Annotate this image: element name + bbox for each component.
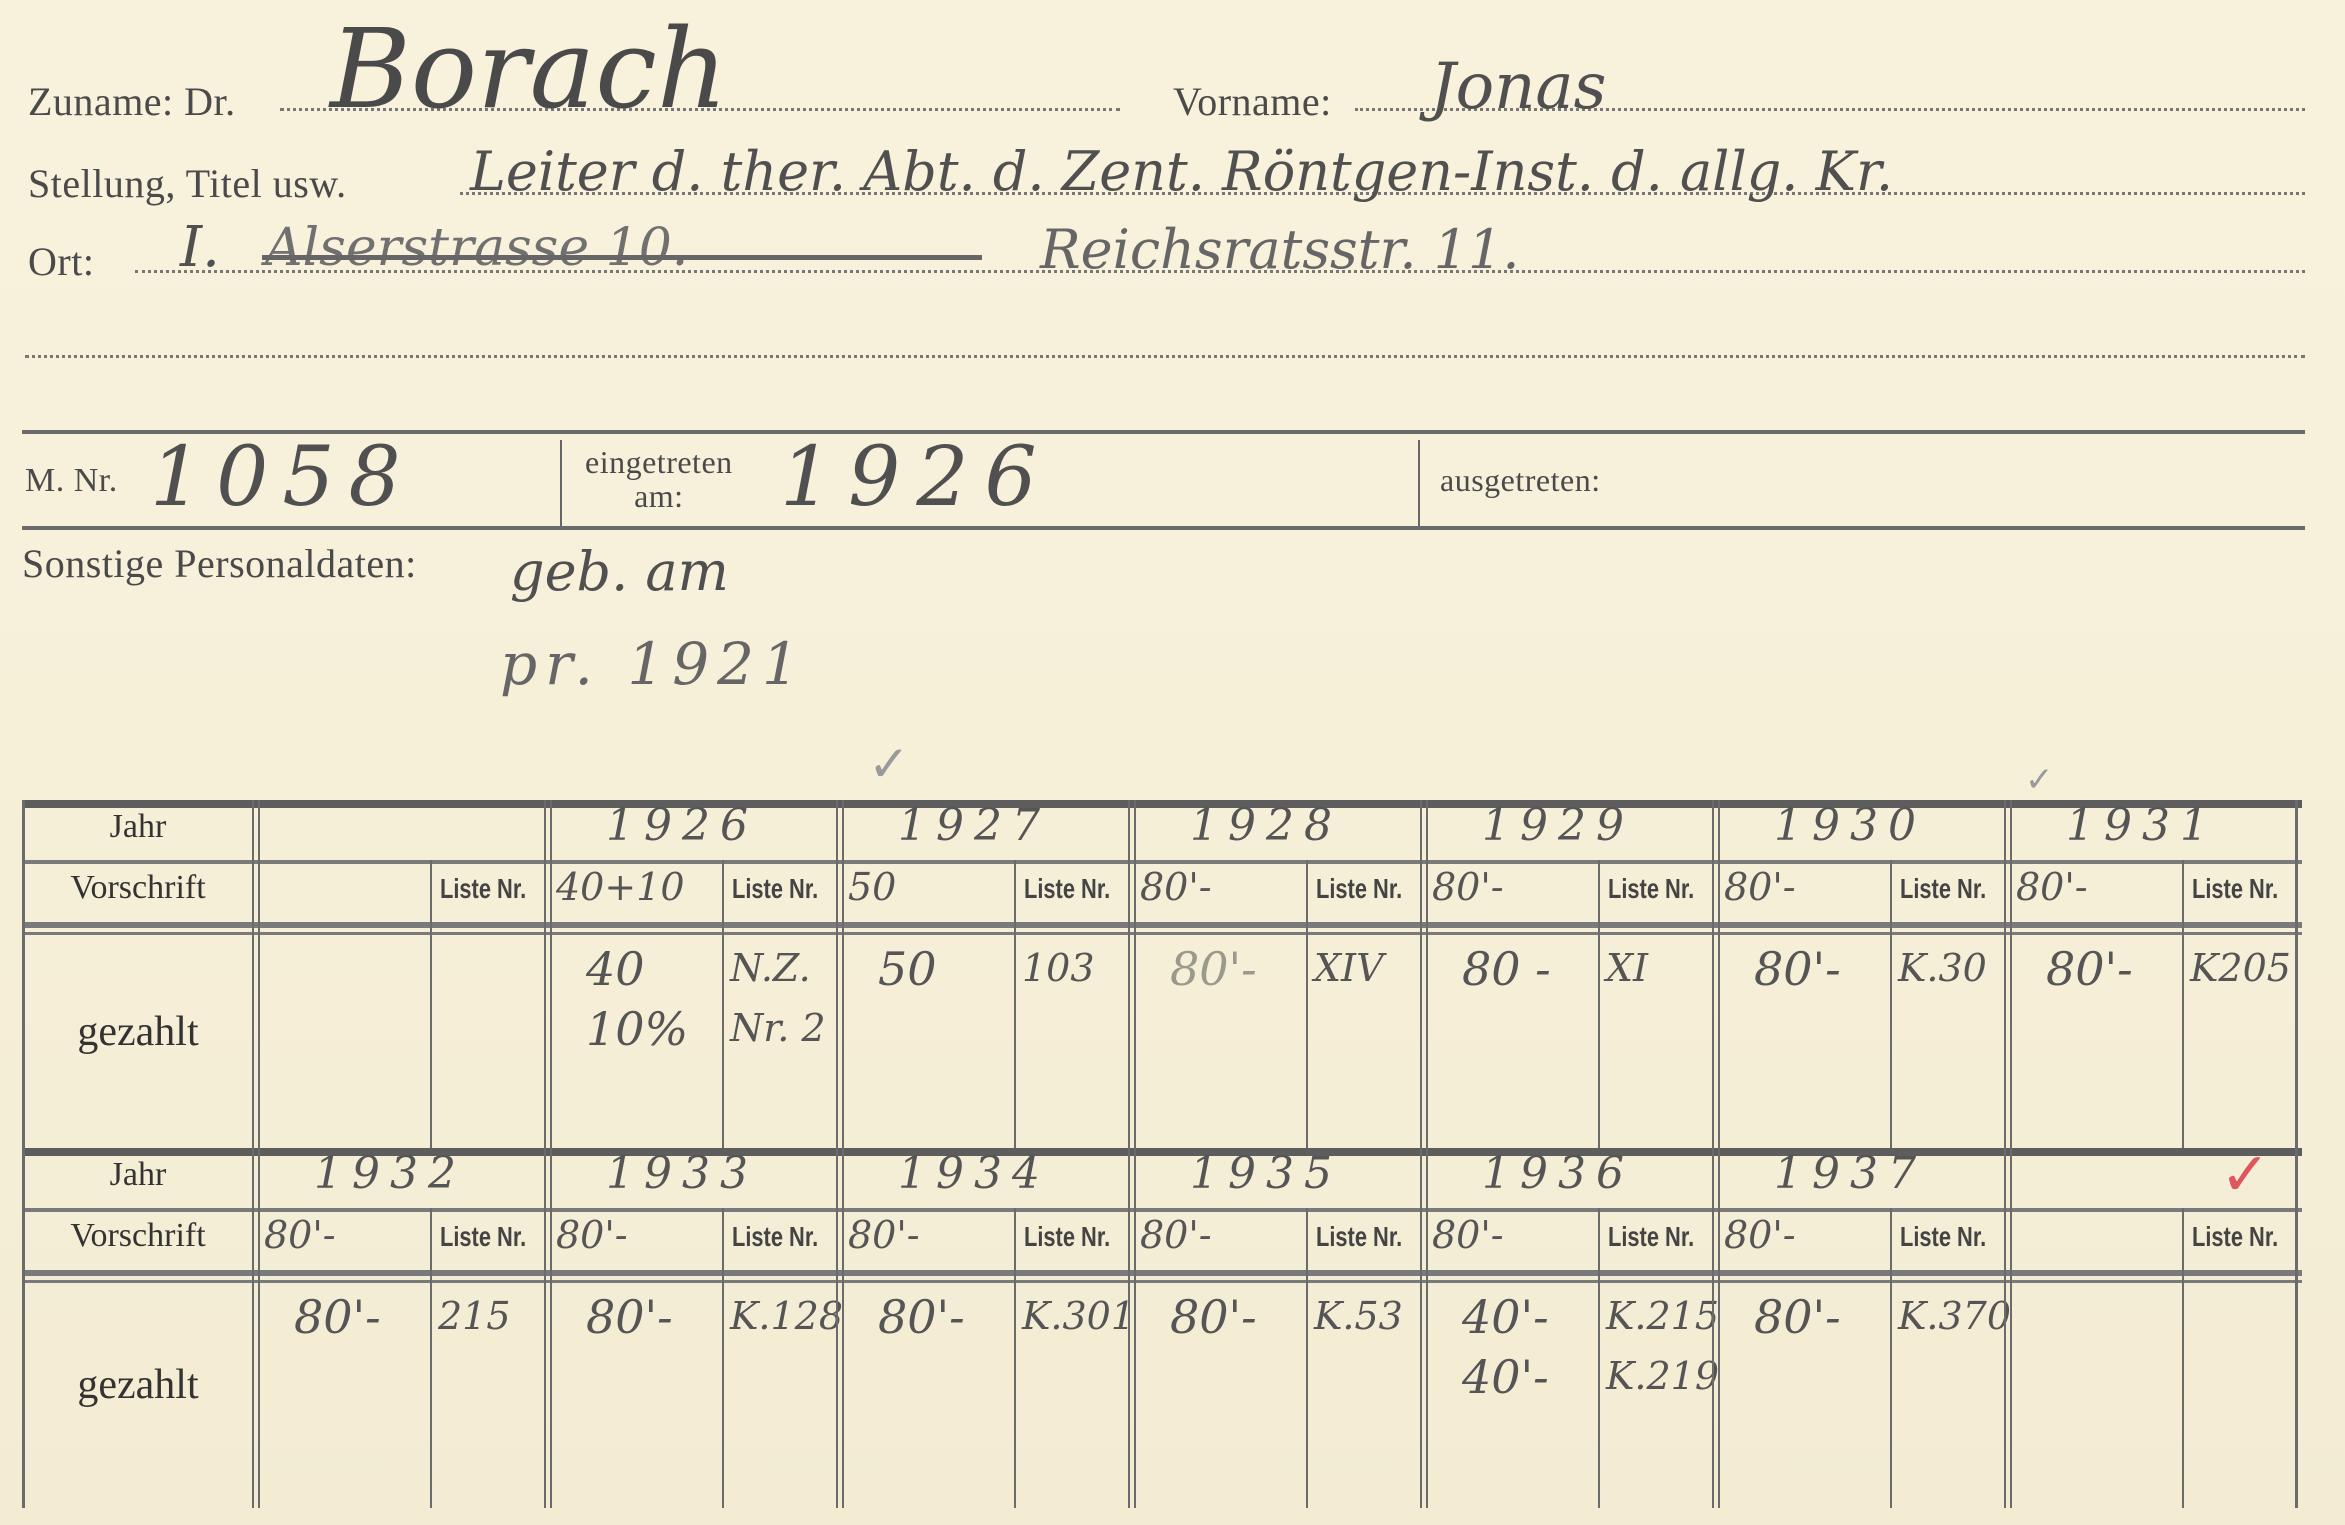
year-cell: 1932 xyxy=(314,1148,466,1199)
column-divider xyxy=(836,1148,844,1508)
column-divider xyxy=(1128,1148,1136,1508)
mnr-divider-1 xyxy=(560,440,562,526)
year-cell: 1930 xyxy=(1774,800,1926,851)
year-cell: 1936 xyxy=(1482,1148,1634,1199)
mnr-label: M. Nr. xyxy=(25,462,118,500)
liste-divider xyxy=(722,860,724,1150)
table-rule-vorschrift-2 xyxy=(22,932,2302,935)
vorschrift-cell: 80'- xyxy=(1724,865,1796,909)
gezahlt-liste-nr: K.215 xyxy=(1606,1294,1719,1338)
column-divider xyxy=(1712,800,1720,1150)
check-mark-icon: ✓ xyxy=(2025,760,2054,800)
eingetreten-label: eingetreten am: xyxy=(585,445,733,513)
ort-prefix: I. xyxy=(180,215,220,280)
liste-divider xyxy=(430,1208,432,1508)
row-label-vorschrift: Vorschrift xyxy=(22,869,254,907)
liste-nr-header: Liste Nr. xyxy=(440,873,526,905)
row-label-jahr: Jahr xyxy=(22,1156,254,1194)
year-cell: 1931 xyxy=(2066,800,2218,851)
ausgetreten-label: ausgetreten: xyxy=(1440,462,1601,499)
vorschrift-cell: 80'- xyxy=(2016,865,2088,909)
table-rule-vorschrift xyxy=(22,922,2302,928)
table-border-left xyxy=(22,1148,25,1508)
column-divider xyxy=(836,800,844,1150)
mnr-bottom-rule xyxy=(22,526,2305,530)
gezahlt-liste-nr: N.Z. xyxy=(730,946,811,990)
liste-divider xyxy=(1598,860,1600,1150)
vorname-label: Vorname: xyxy=(1173,78,1332,125)
gezahlt-amount: 80'- xyxy=(1170,1290,1257,1344)
liste-nr-header: Liste Nr. xyxy=(440,1221,526,1253)
gezahlt-amount: 80'- xyxy=(2046,942,2133,996)
table-border-right xyxy=(2295,1148,2298,1508)
liste-divider xyxy=(1890,1208,1892,1508)
vorschrift-cell: 80'- xyxy=(1140,1213,1212,1257)
vorschrift-cell: 80'- xyxy=(264,1213,336,1257)
liste-nr-header: Liste Nr. xyxy=(732,1221,818,1253)
gezahlt-amount: 80 - xyxy=(1462,942,1551,996)
liste-nr-header: Liste Nr. xyxy=(2192,873,2278,905)
vorschrift-cell: 80'- xyxy=(556,1213,628,1257)
gezahlt-liste-nr: 103 xyxy=(1022,946,1095,990)
sonstige-label: Sonstige Personaldaten: xyxy=(22,540,417,587)
liste-nr-header: Liste Nr. xyxy=(1900,873,1986,905)
strikethrough-line xyxy=(262,255,982,260)
vorschrift-cell: 80'- xyxy=(1432,865,1504,909)
liste-nr-header: Liste Nr. xyxy=(1608,873,1694,905)
table-border-right xyxy=(2295,800,2298,1150)
table-rule-vorschrift xyxy=(22,1270,2302,1276)
eingetreten-label-line2: am: xyxy=(585,479,733,513)
gezahlt-liste-nr: K.301 xyxy=(1022,1294,1135,1338)
vorschrift-cell: 80'- xyxy=(1724,1213,1796,1257)
ort-label: Ort: xyxy=(28,238,94,285)
liste-divider xyxy=(1014,1208,1016,1508)
liste-divider xyxy=(1014,860,1016,1150)
payment-table-top: JahrVorschriftgezahltListe Nr.192640+10L… xyxy=(22,800,2302,1152)
table-rule-jahr xyxy=(22,1208,2302,1212)
liste-nr-header: Liste Nr. xyxy=(1316,873,1402,905)
liste-nr-header: Liste Nr. xyxy=(1608,1221,1694,1253)
column-divider xyxy=(1420,800,1428,1150)
liste-divider xyxy=(2182,860,2184,1150)
gezahlt-liste-nr: K.219 xyxy=(1606,1354,1719,1398)
row-label-jahr: Jahr xyxy=(22,808,254,846)
blank-dotted-line xyxy=(25,355,2305,358)
gezahlt-amount: 40 xyxy=(586,942,645,996)
zuname-label: Zuname: Dr. xyxy=(28,78,236,125)
gezahlt-liste-nr: K.128 xyxy=(730,1294,843,1338)
row-label-gezahlt: gezahlt xyxy=(22,1008,254,1056)
liste-nr-header: Liste Nr. xyxy=(1316,1221,1402,1253)
gezahlt-amount: 40'- xyxy=(1462,1350,1549,1404)
year-cell: 1933 xyxy=(606,1148,758,1199)
year-cell: 1934 xyxy=(898,1148,1050,1199)
year-cell: 1935 xyxy=(1190,1148,1342,1199)
gezahlt-amount: 80'- xyxy=(878,1290,965,1344)
table-top-rule xyxy=(22,800,2302,808)
year-cell: 1928 xyxy=(1190,800,1342,851)
liste-divider xyxy=(430,860,432,1150)
gezahlt-liste-nr: XI xyxy=(1606,946,1648,990)
table-rule-jahr xyxy=(22,860,2302,864)
gezahlt-liste-nr: K.30 xyxy=(1898,946,1987,990)
red-check-mark-icon: ✓ xyxy=(2220,1140,2270,1210)
column-divider xyxy=(2004,1148,2012,1508)
eingetreten-value: 1926 xyxy=(780,430,1053,525)
column-divider xyxy=(252,800,260,1150)
check-mark-icon: ✓ xyxy=(868,735,910,793)
vorschrift-cell: 80'- xyxy=(848,1213,920,1257)
liste-nr-header: Liste Nr. xyxy=(1900,1221,1986,1253)
liste-divider xyxy=(2182,1208,2184,1508)
liste-nr-header: Liste Nr. xyxy=(1024,1221,1110,1253)
liste-nr-header: Liste Nr. xyxy=(1024,873,1110,905)
gezahlt-liste-nr: 215 xyxy=(438,1294,511,1338)
liste-divider xyxy=(1306,1208,1308,1508)
vorschrift-cell: 40+10 xyxy=(556,865,685,909)
table-rule-vorschrift-2 xyxy=(22,1280,2302,1283)
liste-nr-header: Liste Nr. xyxy=(732,873,818,905)
gezahlt-liste-nr: K.53 xyxy=(1314,1294,1403,1338)
gezahlt-liste-nr: Nr. 2 xyxy=(730,1006,826,1050)
vorschrift-cell: 50 xyxy=(848,865,896,909)
stellung-value: Leiter d. ther. Abt. d. Zent. Röntgen-In… xyxy=(470,140,1893,203)
gezahlt-liste-nr: K.370 xyxy=(1898,1294,2011,1338)
liste-nr-header: Liste Nr. xyxy=(2192,1221,2278,1253)
vorschrift-cell: 80'- xyxy=(1140,865,1212,909)
year-cell: 1937 xyxy=(1774,1148,1926,1199)
mnr-divider-2 xyxy=(1418,440,1420,526)
column-divider xyxy=(2004,800,2012,1150)
liste-divider xyxy=(1890,860,1892,1150)
sonstige-line1: geb. am xyxy=(510,540,729,603)
year-cell: 1927 xyxy=(898,800,1050,851)
column-divider xyxy=(1420,1148,1428,1508)
column-divider xyxy=(1712,1148,1720,1508)
gezahlt-amount: 80'- xyxy=(1170,942,1257,996)
mnr-value: 1058 xyxy=(150,430,415,525)
year-cell: 1929 xyxy=(1482,800,1634,851)
gezahlt-liste-nr: XIV xyxy=(1314,946,1384,990)
liste-divider xyxy=(722,1208,724,1508)
vorname-value: Jonas xyxy=(1430,50,1606,124)
table-border-left xyxy=(22,800,25,1150)
ort-struck-value: Alserstrasse 10. xyxy=(265,218,688,278)
column-divider xyxy=(252,1148,260,1508)
column-divider xyxy=(1128,800,1136,1150)
membership-card: Zuname: Dr. Borach Vorname: Jonas Stellu… xyxy=(0,0,2345,1525)
gezahlt-amount: 80'- xyxy=(586,1290,673,1344)
gezahlt-amount: 80'- xyxy=(1754,1290,1841,1344)
gezahlt-amount: 80'- xyxy=(294,1290,381,1344)
gezahlt-amount: 80'- xyxy=(1754,942,1841,996)
eingetreten-label-line1: eingetreten xyxy=(585,445,733,479)
vorschrift-cell: 80'- xyxy=(1432,1213,1504,1257)
gezahlt-amount: 10% xyxy=(586,1002,688,1056)
gezahlt-amount: 40'- xyxy=(1462,1290,1549,1344)
liste-divider xyxy=(1306,860,1308,1150)
gezahlt-amount: 50 xyxy=(878,942,937,996)
liste-divider xyxy=(1598,1208,1600,1508)
column-divider xyxy=(544,800,552,1150)
year-cell: 1926 xyxy=(606,800,758,851)
zuname-value: Borach xyxy=(330,5,728,133)
row-label-vorschrift: Vorschrift xyxy=(22,1217,254,1255)
payment-table-bottom: JahrVorschriftgezahlt193280'-Liste Nr.80… xyxy=(22,1148,2302,1508)
gezahlt-liste-nr: K205 xyxy=(2190,946,2291,990)
sonstige-line2: pr. 1921 xyxy=(500,630,807,698)
stellung-label: Stellung, Titel usw. xyxy=(28,160,347,207)
ort-value: Reichsratsstr. 11. xyxy=(1040,218,1520,281)
row-label-gezahlt: gezahlt xyxy=(22,1361,254,1409)
column-divider xyxy=(544,1148,552,1508)
